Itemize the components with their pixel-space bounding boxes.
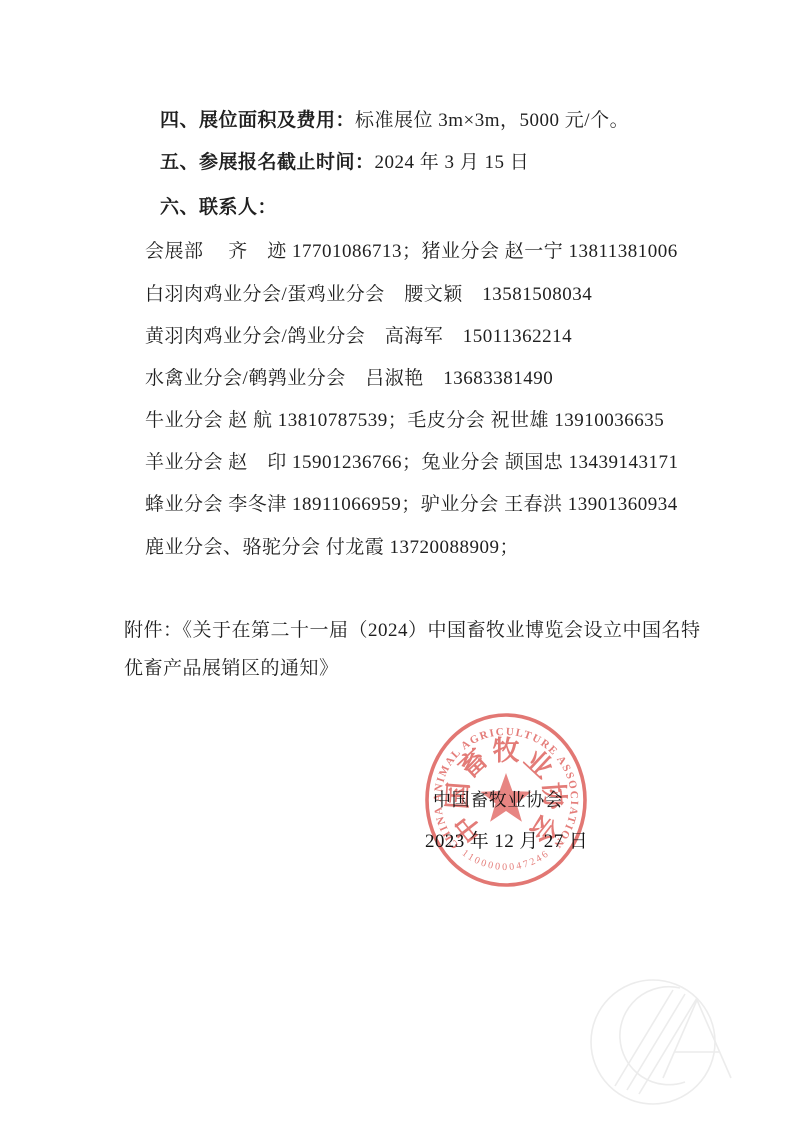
document-page: 四、展位面积及费用：标准展位 3m×3m，5000 元/个。 五、参展报名截止时… bbox=[0, 0, 800, 1131]
contact-line: 羊业分会 赵 印 15901236766；兔业分会 颉国忠 1343914317… bbox=[145, 451, 679, 475]
contact-line: 白羽肉鸡业分会/蛋鸡业分会 腰文颖 13581508034 bbox=[145, 283, 592, 307]
caaa-watermark-logo bbox=[585, 970, 755, 1115]
attachment-line-1: 附件：《关于在第二十一届（2024）中国畜牧业博览会设立中国名特 bbox=[124, 619, 701, 643]
watermark-slash bbox=[639, 998, 697, 1094]
contact-line: 牛业分会 赵 航 13810787539；毛皮分会 祝世雄 1391003663… bbox=[145, 409, 664, 433]
seal-char: 牧 bbox=[493, 736, 520, 766]
heading-booth-fee-value: 标准展位 3m×3m，5000 元/个。 bbox=[355, 110, 629, 131]
contact-line: 黄羽肉鸡业分会/鸽业分会 高海军 15011362214 bbox=[145, 325, 572, 349]
heading-deadline-label: 五、参展报名截止时间： bbox=[160, 152, 375, 173]
watermark-slash bbox=[615, 990, 673, 1086]
heading-contacts-label: 六、联系人： bbox=[160, 197, 277, 218]
contact-line: 鹿业分会、骆驼分会 付龙霞 13720088909； bbox=[145, 536, 519, 560]
signature-date: 2023 年 12 月 27 日 bbox=[425, 826, 588, 853]
organization-name: 中国畜牧业协会 bbox=[433, 786, 563, 812]
contact-line: 蜂业分会 李冬津 18911066959；驴业分会 王春洪 1390136093… bbox=[145, 493, 678, 517]
contact-line: 会展部 齐 迹 17701086713；猪业分会 赵一宁 13811381006 bbox=[145, 240, 678, 264]
attachment-line-2: 优畜产品展销区的通知》 bbox=[124, 657, 339, 681]
heading-booth-fee: 四、展位面积及费用：标准展位 3m×3m，5000 元/个。 bbox=[160, 109, 629, 133]
watermark-crescent bbox=[620, 987, 685, 1085]
watermark-letter-a bbox=[663, 1000, 731, 1078]
heading-booth-fee-label: 四、展位面积及费用： bbox=[160, 110, 355, 131]
heading-deadline: 五、参展报名截止时间：2024 年 3 月 15 日 bbox=[160, 151, 529, 175]
watermark-slash bbox=[627, 994, 685, 1090]
contact-line: 水禽业分会/鹌鹑业分会 吕淑艳 13683381490 bbox=[145, 367, 553, 391]
heading-deadline-value: 2024 年 3 月 15 日 bbox=[375, 152, 530, 173]
heading-contacts: 六、联系人： bbox=[160, 196, 277, 220]
